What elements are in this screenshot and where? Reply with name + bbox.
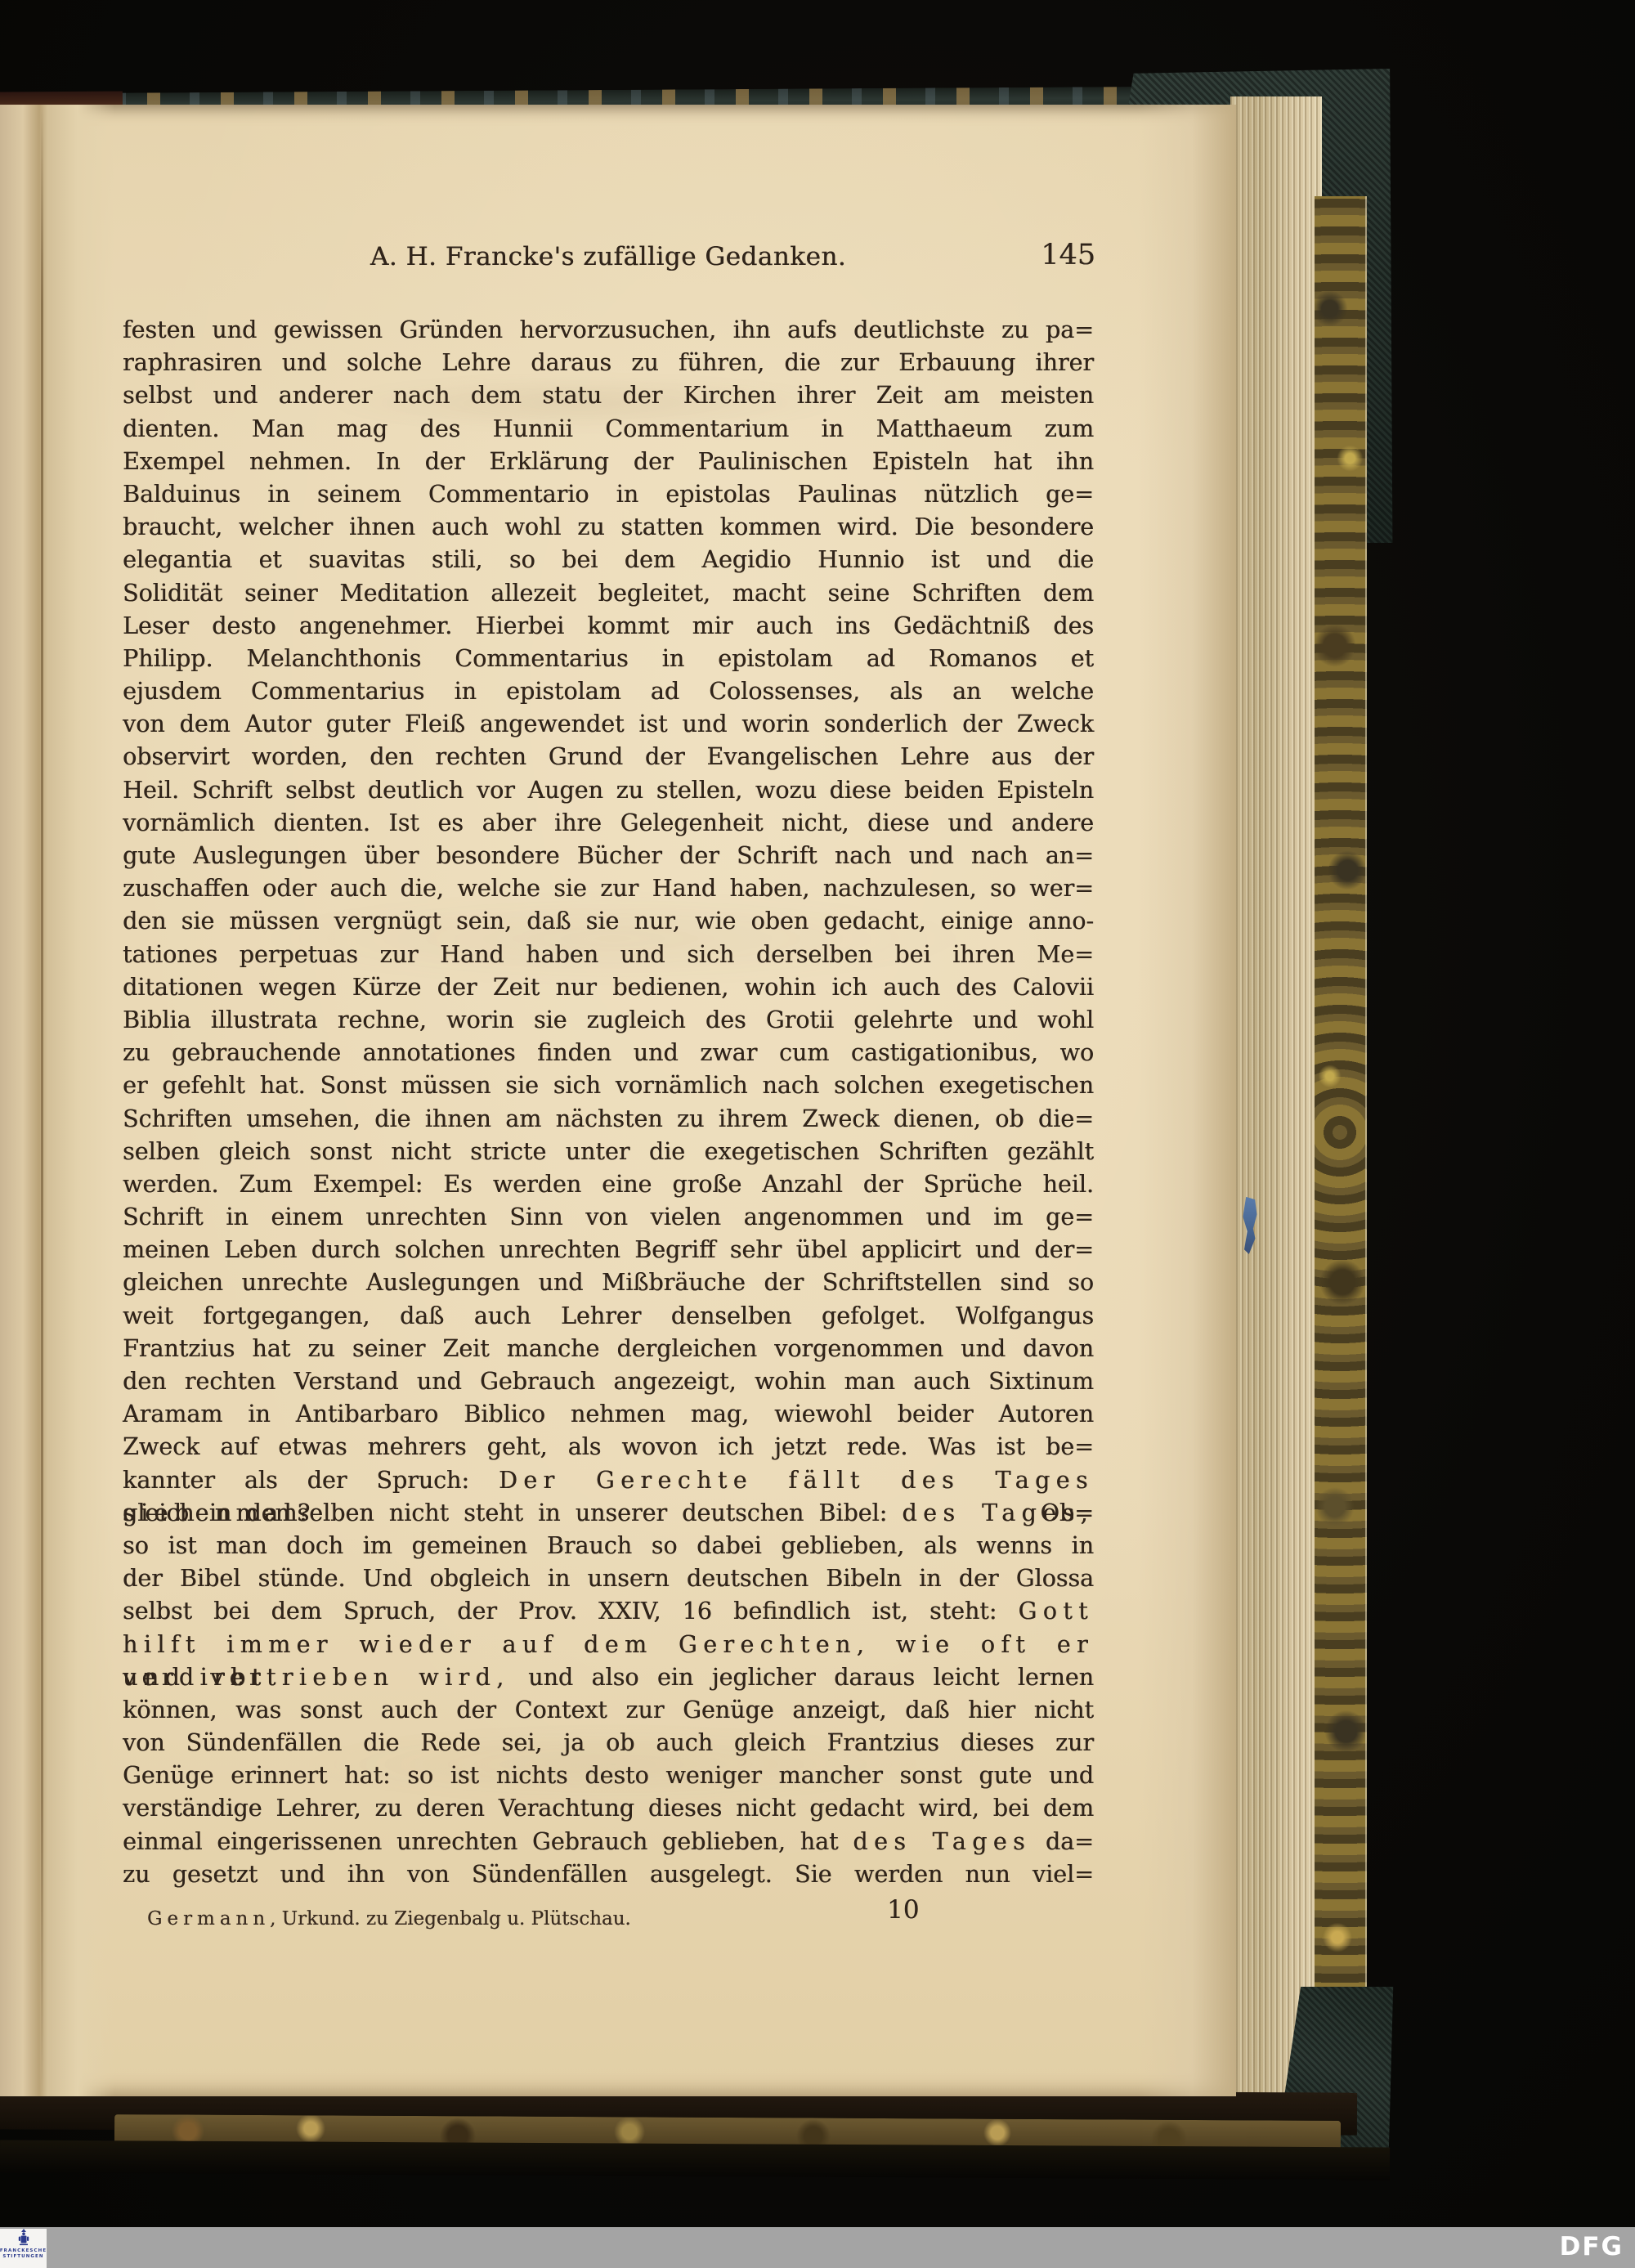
body-text: Schrift in einem unrechten Sinn von viel… <box>123 1203 1094 1230</box>
footer-signature-line: Germann, Urkund. zu Ziegenbalg u. Plütsc… <box>147 1908 631 1930</box>
body-text: vornämlich dienten. Ist es aber ihre Gel… <box>123 809 1094 836</box>
page-number: 145 <box>1026 239 1095 271</box>
marbled-cover-edge <box>1315 196 1367 2069</box>
body-text: der Bibel stünde. Und obgleich in unsern… <box>123 1565 1094 1592</box>
text-line: Biblia illustrata rechne, worin sie zugl… <box>123 1004 1094 1037</box>
text-line: observirt worden, den rechten Grund der … <box>123 741 1094 773</box>
text-line: den sie müssen vergnügt sein, daß sie nu… <box>123 905 1094 938</box>
body-text: verständige Lehrer, zu deren Verachtung … <box>123 1795 1094 1822</box>
text-line: können, was sonst auch der Context zur G… <box>123 1694 1094 1727</box>
emphasized-text: Gott <box>1019 1598 1094 1625</box>
book-scan-photo: A. H. Francke's zufällige Gedanken. 145 … <box>0 0 1635 2268</box>
body-text: zu gebrauchende annotationes finden und … <box>123 1039 1094 1066</box>
text-line: ejusdem Commentarius in epistolam ad Col… <box>123 675 1094 708</box>
text-line: zu gesetzt und ihn von Sündenfällen ausg… <box>123 1858 1094 1891</box>
page-gutter-crease <box>41 105 43 2096</box>
page-right-curl <box>1138 105 1236 2096</box>
text-line: den rechten Verstand und Gebrauch angeze… <box>123 1365 1094 1398</box>
sheet-signature-number: 10 <box>887 1895 944 1925</box>
text-line: Frantzius hat zu seiner Zeit manche derg… <box>123 1333 1094 1365</box>
text-line: elegantia et suavitas stili, so bei dem … <box>123 544 1094 576</box>
body-text: Leser desto angenehmer. Hierbei kommt mi… <box>123 612 1094 639</box>
emphasized-text: und vertrieben wird, <box>123 1664 510 1691</box>
text-line: dienten. Man mag des Hunnii Commentarium… <box>123 413 1094 446</box>
text-line: Schrift in einem unrechten Sinn von viel… <box>123 1201 1094 1234</box>
text-line: so ist man doch im gemeinen Brauch so da… <box>123 1530 1094 1562</box>
body-text: zu gesetzt und ihn von Sündenfällen ausg… <box>123 1861 1094 1888</box>
text-line: Philipp. Melanchthonis Commentarius in e… <box>123 643 1094 675</box>
body-text: meinen Leben durch solchen unrechten Beg… <box>123 1236 1094 1263</box>
scan-footer-bar: FRANCKESCHE STIFTUNGEN DFG <box>0 2227 1635 2268</box>
body-text: Solidität seiner Meditation allezeit beg… <box>123 580 1094 607</box>
body-text: ejusdem Commentarius in epistolam ad Col… <box>123 678 1094 705</box>
text-line: ditationen wegen Kürze der Zeit nur bedi… <box>123 971 1094 1004</box>
body-text: observirt worden, den rechten Grund der … <box>123 743 1094 770</box>
book-bottom-edge <box>0 2140 1390 2181</box>
text-line: hilft immer wieder auf dem Gerechten, wi… <box>123 1629 1094 1661</box>
text-line: selbst und anderer nach dem statu der Ki… <box>123 379 1094 412</box>
text-line: kannter als der Spruch: Der Gerechte fäl… <box>123 1464 1094 1497</box>
text-line: gute Auslegungen über besondere Bücher d… <box>123 840 1094 872</box>
body-text: kannter als der Spruch: <box>123 1467 499 1494</box>
text-line: Aramam in Antibarbaro Biblico nehmen mag… <box>123 1398 1094 1431</box>
text-line: zuschaffen oder auch die, welche sie zur… <box>123 872 1094 905</box>
body-text: ditationen wegen Kürze der Zeit nur bedi… <box>123 974 1094 1001</box>
body-text: von dem Autor guter Fleiß angewendet ist… <box>123 710 1094 737</box>
body-text: gleichen unrechte Auslegungen und Mißbrä… <box>123 1269 1094 1296</box>
body-text: elegantia et suavitas stili, so bei dem … <box>123 546 1094 573</box>
text-line: werden. Zum Exempel: Es werden eine groß… <box>123 1168 1094 1201</box>
body-text: von Sündenfällen die Rede sei, ja ob auc… <box>123 1729 1094 1756</box>
body-text: Frantzius hat zu seiner Zeit manche derg… <box>123 1335 1094 1362</box>
text-line: Leser desto angenehmer. Hierbei kommt mi… <box>123 610 1094 643</box>
library-logo-line2: STIFTUNGEN <box>2 2254 43 2260</box>
text-line: tationes perpetuas zur Hand haben und si… <box>123 939 1094 971</box>
body-text: selbst bei dem Spruch, der Prov. XXIV, 1… <box>123 1598 1019 1625</box>
text-line: gleichen unrechte Auslegungen und Mißbrä… <box>123 1266 1094 1299</box>
running-header-title: A. H. Francke's zufällige Gedanken. <box>123 242 1094 271</box>
text-line: verständige Lehrer, zu deren Verachtung … <box>123 1792 1094 1825</box>
text-line: Solidität seiner Meditation allezeit beg… <box>123 577 1094 610</box>
body-text: und also ein jeglicher daraus leicht ler… <box>510 1664 1094 1691</box>
body-text: Balduinus in seinem Commentario in epist… <box>123 481 1094 508</box>
text-line: festen und gewissen Gründen hervorzusuch… <box>123 314 1094 347</box>
body-text: gleich in demselben nicht steht in unser… <box>123 1499 902 1526</box>
text-line: selbst bei dem Spruch, der Prov. XXIV, 1… <box>123 1595 1094 1628</box>
body-text: Biblia illustrata rechne, worin sie zugl… <box>123 1006 1094 1033</box>
text-line: gleich in demselben nicht steht in unser… <box>123 1497 1094 1530</box>
body-text: Aramam in Antibarbaro Biblico nehmen mag… <box>123 1401 1094 1428</box>
emphasized-text: des Tages, <box>902 1499 1094 1526</box>
body-text: er gefehlt hat. Sonst müssen sie sich vo… <box>123 1072 1094 1099</box>
body-text: selben gleich sonst nicht stricte unter … <box>123 1138 1094 1165</box>
body-text: tationes perpetuas zur Hand haben und si… <box>123 941 1094 968</box>
footer-title-abbrev: , Urkund. zu Ziegenbalg u. Plütschau. <box>270 1908 631 1930</box>
text-line: zu gebrauchende annotationes finden und … <box>123 1037 1094 1069</box>
dfg-logo: DFG <box>1560 2232 1624 2261</box>
body-text: werden. Zum Exempel: Es werden eine groß… <box>123 1171 1094 1198</box>
footer-author: Germann <box>147 1908 270 1930</box>
text-line: von dem Autor guter Fleiß angewendet ist… <box>123 708 1094 741</box>
text-line: einmal eingerissenen unrechten Gebrauch … <box>123 1826 1094 1858</box>
text-line: und vertrieben wird, und also ein jeglic… <box>123 1661 1094 1694</box>
body-text: den rechten Verstand und Gebrauch angeze… <box>123 1368 1094 1395</box>
body-text: da= <box>1031 1828 1094 1855</box>
body-text: braucht, welcher ihnen auch wohl zu stat… <box>123 513 1094 540</box>
text-line: braucht, welcher ihnen auch wohl zu stat… <box>123 511 1094 544</box>
text-line: Genüge erinnert hat: so ist nichts desto… <box>123 1759 1094 1792</box>
emphasized-text: des Tages <box>853 1828 1031 1855</box>
body-text: Heil. Schrift selbst deutlich vor Augen … <box>123 777 1094 804</box>
page-fore-edge <box>1230 96 1322 2101</box>
body-text: Schriften umsehen, die ihnen am nächsten… <box>123 1105 1094 1132</box>
body-text: Genüge erinnert hat: so ist nichts desto… <box>123 1762 1094 1789</box>
body-text: so ist man doch im gemeinen Brauch so da… <box>123 1532 1094 1559</box>
text-line: weit fortgegangen, daß auch Lehrer dense… <box>123 1300 1094 1333</box>
body-text: Exempel nehmen. In der Erklärung der Pau… <box>123 448 1094 475</box>
text-line: von Sündenfällen die Rede sei, ja ob auc… <box>123 1727 1094 1759</box>
body-text: einmal eingerissenen unrechten Gebrauch … <box>123 1828 853 1855</box>
text-line: vornämlich dienten. Ist es aber ihre Gel… <box>123 807 1094 840</box>
body-text: gute Auslegungen über besondere Bücher d… <box>123 842 1094 869</box>
body-text: Philipp. Melanchthonis Commentarius in e… <box>123 645 1094 672</box>
text-line: Zweck auf etwas mehrers geht, als wovon … <box>123 1431 1094 1463</box>
body-text: raphrasiren und solche Lehre daraus zu f… <box>123 349 1094 376</box>
text-line: selben gleich sonst nicht stricte unter … <box>123 1136 1094 1168</box>
text-line: Balduinus in seinem Commentario in epist… <box>123 478 1094 511</box>
body-text: selbst und anderer nach dem statu der Ki… <box>123 382 1094 409</box>
body-text: weit fortgegangen, daß auch Lehrer dense… <box>123 1302 1094 1329</box>
text-block: festen und gewissen Gründen hervorzusuch… <box>123 314 1094 1891</box>
library-logo: FRANCKESCHE STIFTUNGEN <box>0 2229 47 2268</box>
body-text: dienten. Man mag des Hunnii Commentarium… <box>123 415 1094 442</box>
text-line: Schriften umsehen, die ihnen am nächsten… <box>123 1103 1094 1136</box>
page-gutter <box>0 105 114 2096</box>
body-text: zuschaffen oder auch die, welche sie zur… <box>123 875 1094 902</box>
text-line: der Bibel stünde. Und obgleich in unsern… <box>123 1562 1094 1595</box>
body-text: festen und gewissen Gründen hervorzusuch… <box>123 316 1094 343</box>
text-line: raphrasiren und solche Lehre daraus zu f… <box>123 347 1094 379</box>
text-line: Heil. Schrift selbst deutlich vor Augen … <box>123 774 1094 807</box>
franckesche-stiftungen-icon <box>16 2229 32 2248</box>
body-text: Zweck auf etwas mehrers geht, als wovon … <box>123 1433 1094 1460</box>
body-text: können, was sonst auch der Context zur G… <box>123 1697 1094 1723</box>
text-line: meinen Leben durch solchen unrechten Beg… <box>123 1234 1094 1266</box>
body-text: den sie müssen vergnügt sein, daß sie nu… <box>123 908 1094 935</box>
text-line: er gefehlt hat. Sonst müssen sie sich vo… <box>123 1069 1094 1102</box>
text-line: Exempel nehmen. In der Erklärung der Pau… <box>123 446 1094 478</box>
